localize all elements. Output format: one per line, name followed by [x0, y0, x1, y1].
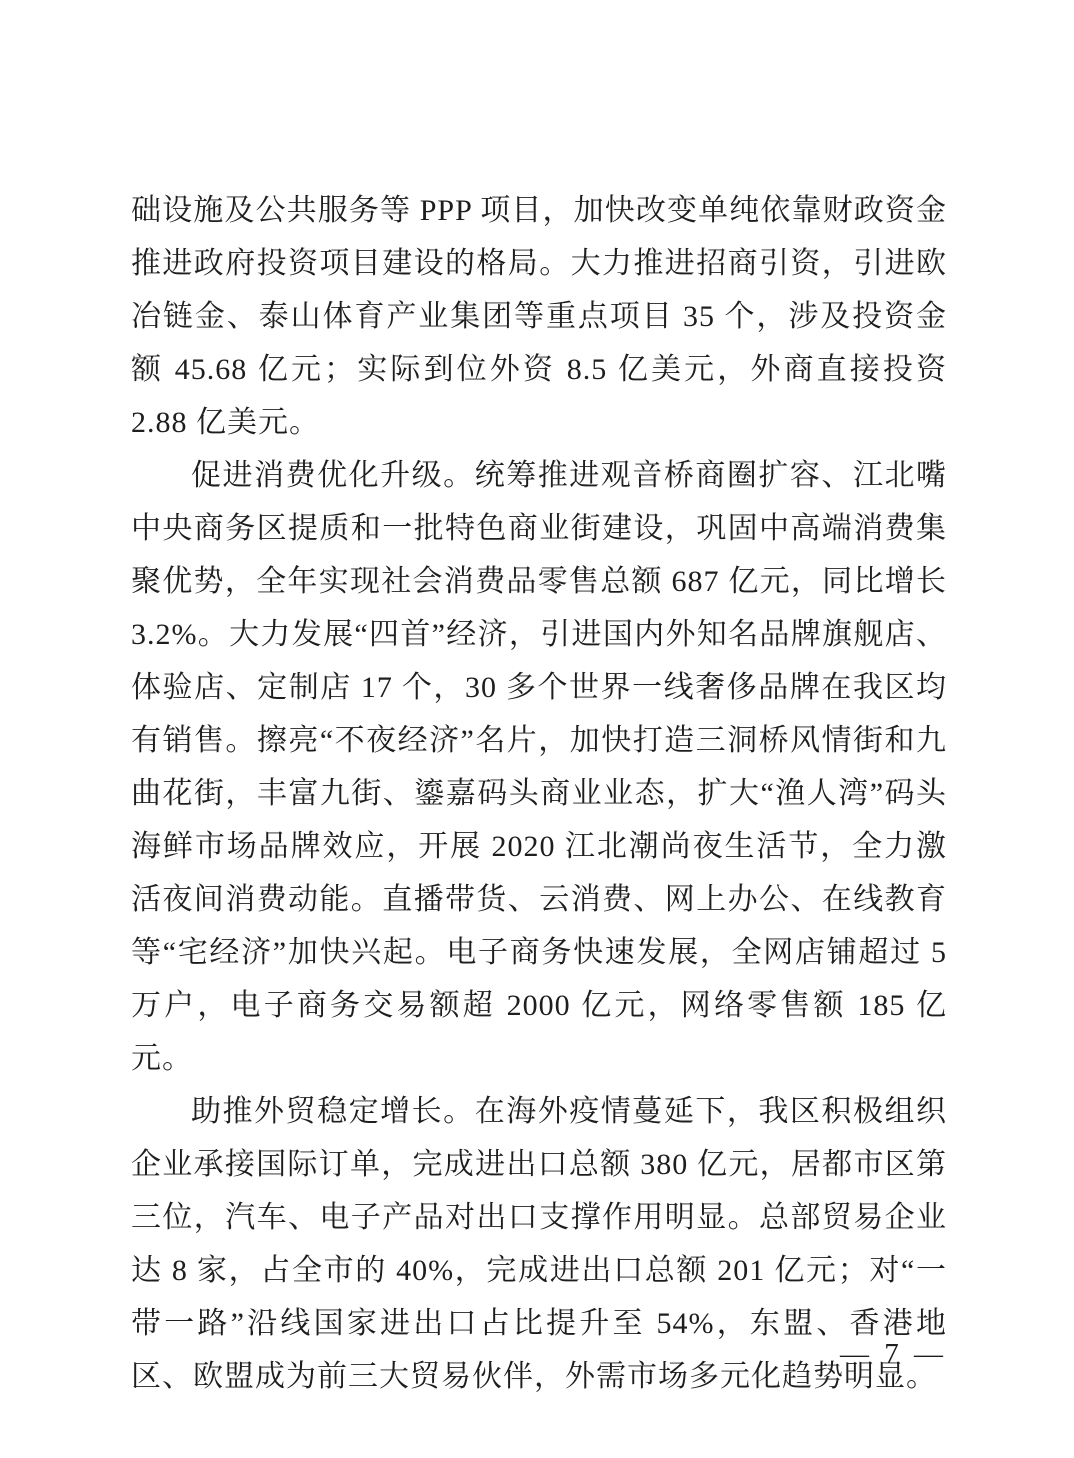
paragraph-investment-continuation: 础设施及公共服务等 PPP 项目，加快改变单纯依靠财政资金推进政府投资项目建设的… — [131, 184, 947, 449]
page-sheet: 础设施及公共服务等 PPP 项目，加快改变单纯依靠财政资金推进政府投资项目建设的… — [0, 0, 1074, 1458]
body-text: 础设施及公共服务等 PPP 项目，加快改变单纯依靠财政资金推进政府投资项目建设的… — [131, 184, 947, 1403]
paragraph-consumption-upgrade: 促进消费优化升级。统筹推进观音桥商圈扩容、江北嘴中央商务区提质和一批特色商业街建… — [131, 449, 947, 1085]
page-number: — 7 — — [131, 1338, 947, 1371]
document-page: { "page": { "background_color": "#ffffff… — [0, 0, 1074, 1458]
